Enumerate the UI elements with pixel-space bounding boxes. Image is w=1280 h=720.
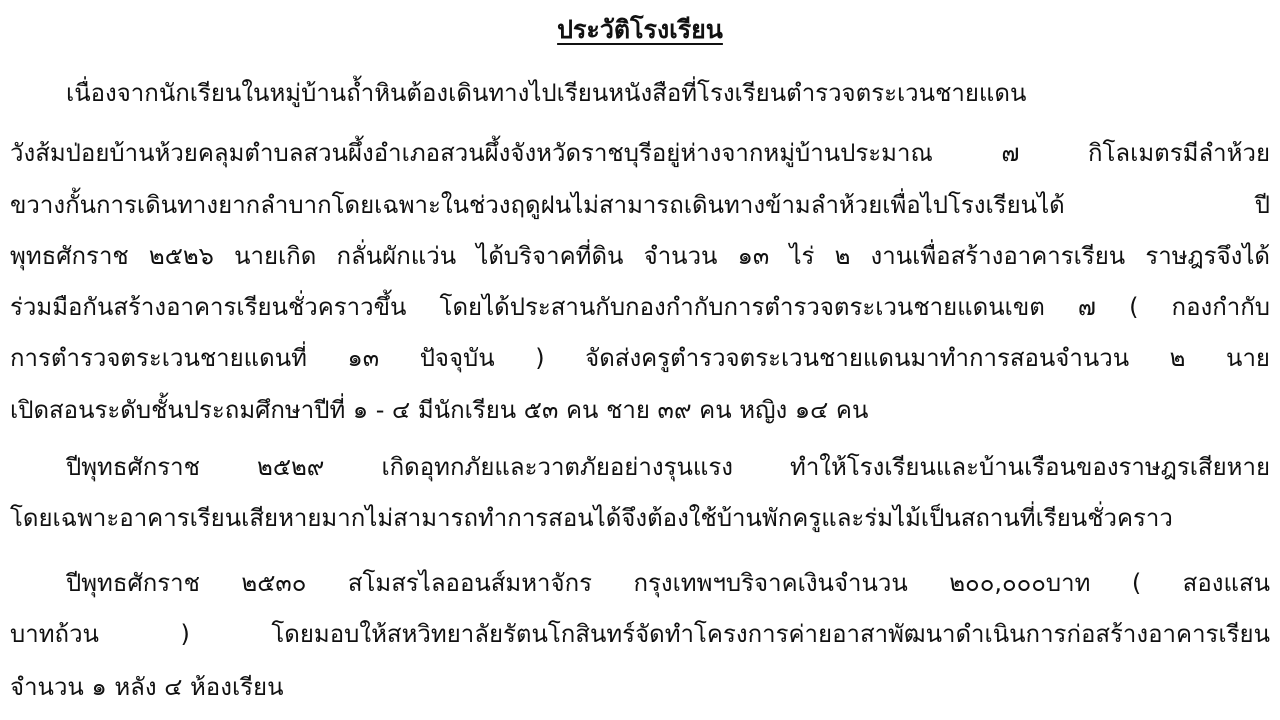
paragraph-2-line-2: โดยเฉพาะอาคารเรียนเสียหายมากไม่สามารถทำก… bbox=[10, 498, 1270, 538]
paragraph-1-line-6: การตำรวจตระเวนชายแดนที่ ๑๓ ปัจจุบัน ) จั… bbox=[10, 338, 1270, 378]
paragraph-3-line-1: ปีพุทธศักราช ๒๕๓๐ สโมสรไลออนส์มหาจักร กร… bbox=[66, 563, 1270, 603]
paragraph-1-line-1: เนื่องจากนักเรียนในหมู่บ้านถ้ำหินต้องเดิ… bbox=[66, 73, 1270, 113]
paragraph-1-line-4: พุทธศักราช ๒๕๒๖ นายเกิด กลั่นผักแว่น ได้… bbox=[10, 236, 1270, 276]
paragraph-3-line-3: จำนวน ๑ หลัง ๔ ห้องเรียน bbox=[10, 667, 1270, 707]
paragraph-1-line-3: ขวางกั้นการเดินทางยากลำบากโดยเฉพาะในช่วง… bbox=[10, 185, 1270, 225]
document-title: ประวัติโรงเรียน bbox=[0, 8, 1280, 52]
paragraph-1-line-2: วังส้มป่อยบ้านห้วยคลุมตำบลสวนผึ้งอำเภอสว… bbox=[10, 133, 1270, 173]
paragraph-1-line-5: ร่วมมือกันสร้างอาคารเรียนชั่วคราวขึ้น โด… bbox=[10, 287, 1270, 327]
paragraph-3-line-2: บาทถ้วน ) โดยมอบให้สหวิทยาลัยรัตนโกสินทร… bbox=[10, 614, 1270, 654]
paragraph-2-line-1: ปีพุทธศักราช ๒๕๒๙ เกิดอุทกภัยและวาตภัยอย… bbox=[66, 447, 1270, 487]
paragraph-1-line-7: เปิดสอนระดับชั้นประถมศึกษาปีที่ ๑ - ๔ มี… bbox=[10, 390, 1270, 430]
